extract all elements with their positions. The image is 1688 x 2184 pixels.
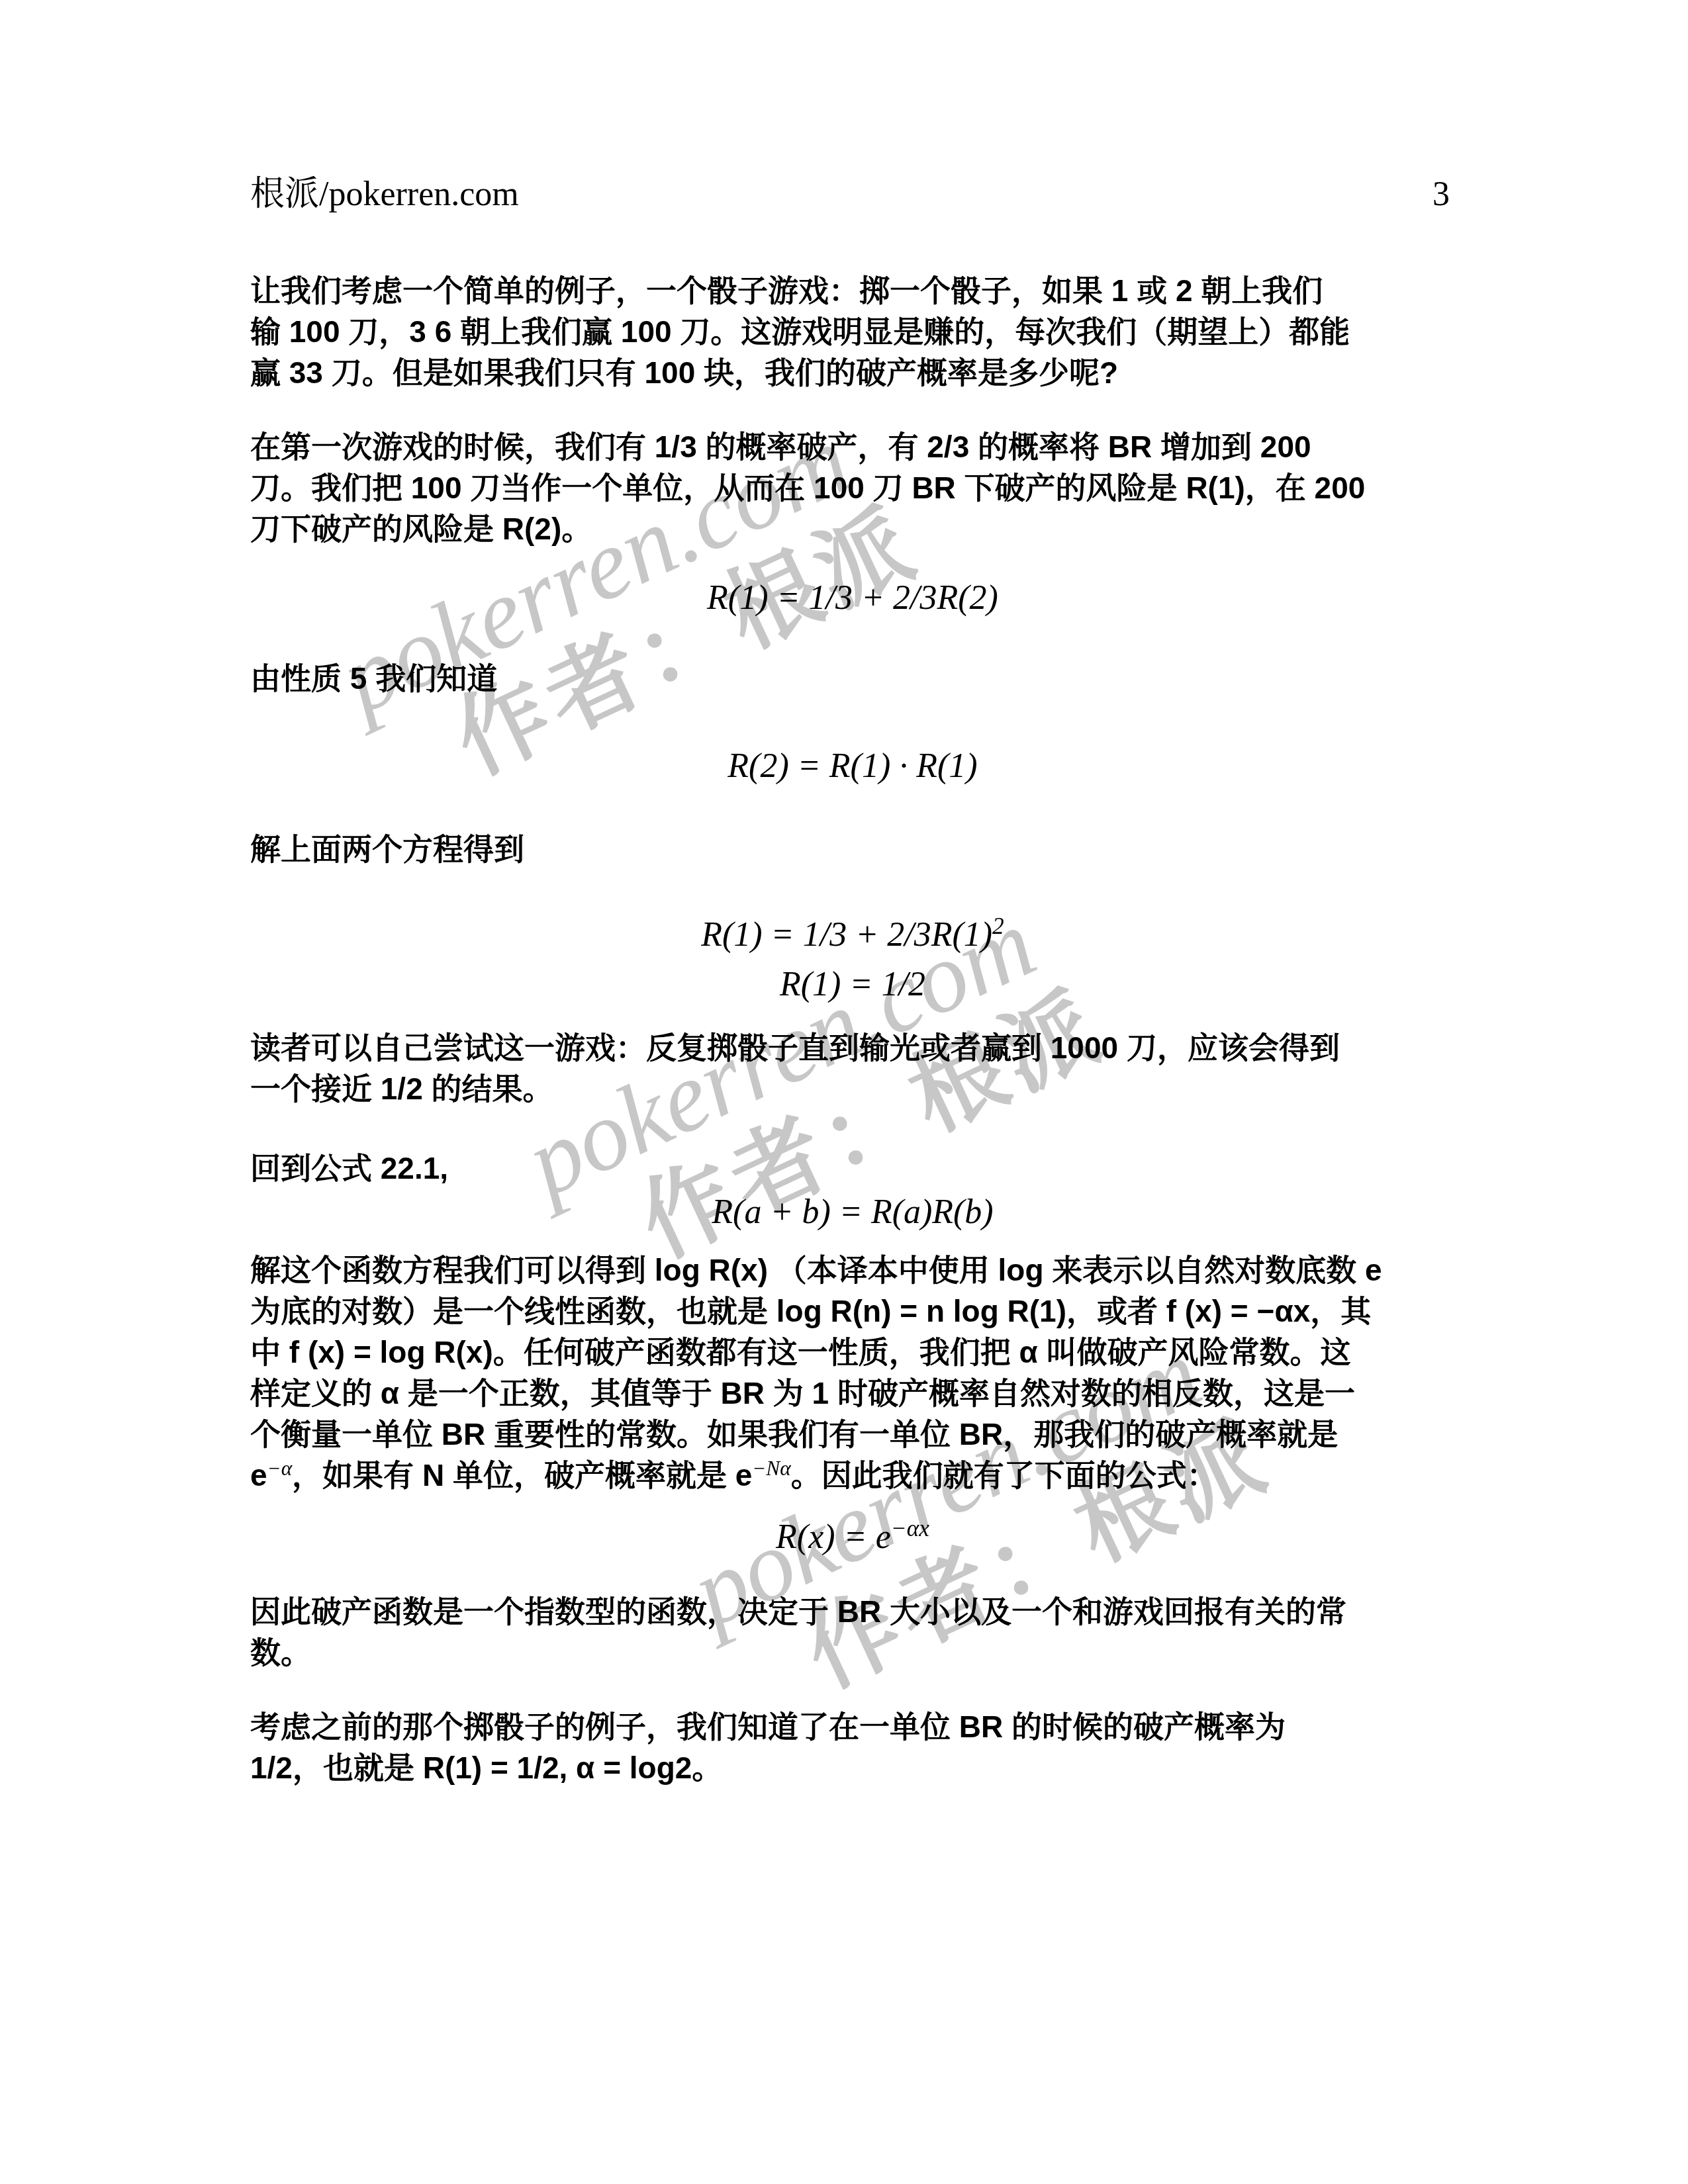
page-number: 3: [1432, 175, 1450, 214]
paragraph-property5: 由性质 5 我们知道: [250, 658, 1455, 699]
paragraph-dice-example: 让我们考虑一个简单的例子，一个骰子游戏：掷一个骰子，如果 1 或 2 朝上我们 …: [250, 270, 1455, 393]
formula-superscript: 2: [992, 913, 1004, 939]
math-exponent: −α: [267, 1457, 293, 1480]
document-page: pokerren.com 作者：根派 pokerren.com 作者：根派 po…: [0, 0, 1688, 2184]
text-line: 一个接近 1/2 的结果。: [250, 1068, 1455, 1109]
text-line: 个衡量一单位 BR 重要性的常数。如果我们有一单位 BR，那我们的破产概率就是: [250, 1414, 1455, 1455]
formula-exponential-ruin: R(x) = e−αx: [250, 1514, 1455, 1557]
text-line: 赢 33 刀。但是如果我们只有 100 块，我们的破产概率是多少呢?: [250, 352, 1455, 393]
formula-text: R(a + b) = R(a)R(b): [712, 1193, 993, 1231]
text-line: 刀下破产的风险是 R(2)。: [250, 508, 1455, 549]
paragraph-reader-try: 读者可以自己尝试这一游戏：反复掷骰子直到输光或者赢到 1000 刀，应该会得到 …: [250, 1027, 1455, 1109]
text-line: 解这个函数方程我们可以得到 log R(x) （本译本中使用 log 来表示以自…: [250, 1250, 1455, 1291]
formula-text: R(1) = 1/3 + 2/3R(1): [701, 916, 992, 954]
text-line: 输 100 刀，3 6 朝上我们赢 100 刀。这游戏明显是赚的，每次我们（期望…: [250, 311, 1455, 352]
text-line: 中 f (x) = log R(x)。任何破产函数都有这一性质，我们把 α 叫做…: [250, 1332, 1455, 1373]
text-line: 在第一次游戏的时候，我们有 1/3 的概率破产，有 2/3 的概率将 BR 增加…: [250, 426, 1455, 467]
formula-text: R(x) = e: [776, 1518, 891, 1556]
text-line: 回到公式 22.1,: [250, 1148, 1455, 1189]
math-e: e: [250, 1458, 267, 1492]
text-run: 。因此我们就有了下面的公式：: [791, 1458, 1217, 1492]
paragraph-dice-alpha: 考虑之前的那个掷骰子的例子，我们知道了在一单位 BR 的时候的破产概率为 1/2…: [250, 1706, 1455, 1788]
math-exponent: −Nα: [752, 1457, 790, 1480]
paragraph-solve-equations: 解上面两个方程得到: [250, 829, 1455, 870]
text-run: ，如果有 N 单位，破产概率就是 e: [292, 1458, 752, 1492]
formula-additive-product: R(a + b) = R(a)R(b): [250, 1193, 1455, 1232]
page-content: 根派/pokerren.com 3 让我们考虑一个简单的例子，一个骰子游戏：掷一…: [0, 0, 1688, 2184]
text-line: 为底的对数）是一个线性函数，也就是 log R(n) = n log R(1)，…: [250, 1291, 1455, 1332]
text-line: 因此破产函数是一个指数型的函数，决定于 BR 大小以及一个和游戏回报有关的常: [250, 1591, 1455, 1632]
header-site-label: 根派/pokerren.com: [250, 165, 519, 215]
text-line: 1/2，也就是 R(1) = 1/2, α = log2。: [250, 1747, 1455, 1788]
text-line: 考虑之前的那个掷骰子的例子，我们知道了在一单位 BR 的时候的破产概率为: [250, 1706, 1455, 1747]
paragraph-log-linear: 解这个函数方程我们可以得到 log R(x) （本译本中使用 log 来表示以自…: [250, 1250, 1455, 1496]
formula-text: R(1) = 1/2: [780, 966, 925, 1003]
paragraph-exponential-conclusion: 因此破产函数是一个指数型的函数，决定于 BR 大小以及一个和游戏回报有关的常 数…: [250, 1591, 1455, 1673]
paragraph-back-to-formula: 回到公式 22.1,: [250, 1148, 1455, 1189]
formula-text: R(1) = 1/3 + 2/3R(2): [707, 579, 998, 617]
paragraph-first-game: 在第一次游戏的时候，我们有 1/3 的概率破产，有 2/3 的概率将 BR 增加…: [250, 426, 1455, 549]
text-line-with-math: e−α，如果有 N 单位，破产概率就是 e−Nα。因此我们就有了下面的公式：: [250, 1455, 1455, 1496]
text-line: 让我们考虑一个简单的例子，一个骰子游戏：掷一个骰子，如果 1 或 2 朝上我们: [250, 270, 1455, 311]
formula-superscript: −αx: [891, 1515, 929, 1541]
text-line: 读者可以自己尝试这一游戏：反复掷骰子直到输光或者赢到 1000 刀，应该会得到: [250, 1027, 1455, 1068]
text-line: 样定义的 α 是一个正数，其值等于 BR 为 1 时破产概率自然对数的相反数，这…: [250, 1373, 1455, 1414]
text-line: 数。: [250, 1632, 1455, 1673]
formula-r1-half: R(1) = 1/2: [250, 965, 1455, 1004]
formula-r2-product: R(2) = R(1) · R(1): [250, 747, 1455, 786]
text-line: 解上面两个方程得到: [250, 829, 1455, 870]
text-line: 刀。我们把 100 刀当作一个单位，从而在 100 刀 BR 下破产的风险是 R…: [250, 467, 1455, 508]
formula-r1-recursive: R(1) = 1/3 + 2/3R(2): [250, 578, 1455, 617]
text-line: 由性质 5 我们知道: [250, 658, 1455, 699]
page-header: 根派/pokerren.com 3: [250, 165, 1450, 215]
formula-text: R(2) = R(1) · R(1): [727, 747, 977, 785]
formula-r1-quadratic: R(1) = 1/3 + 2/3R(1)2: [250, 912, 1455, 954]
